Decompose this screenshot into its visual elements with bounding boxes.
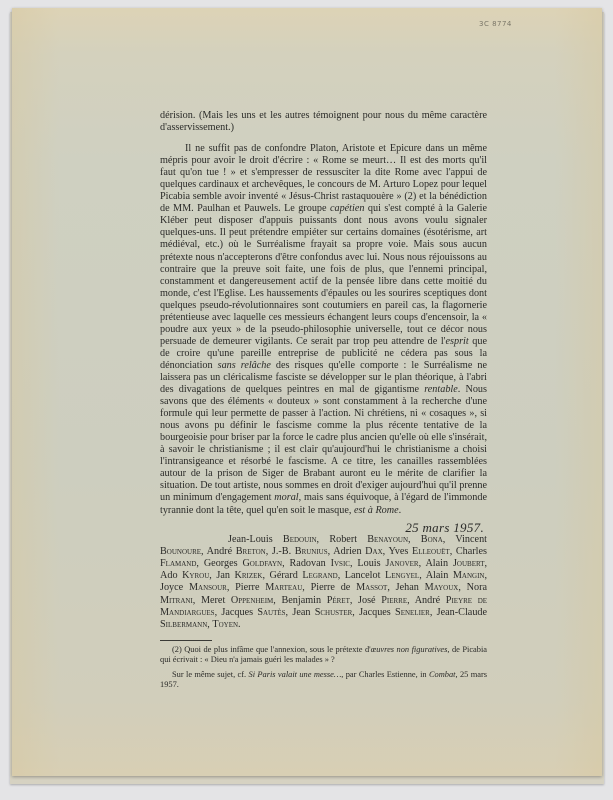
signatory-last-name: Schuster	[315, 607, 353, 618]
text-run: (2) Quoi de plus infâme que l'annexion, …	[172, 645, 371, 654]
signatory: Robert Benayoun	[329, 534, 408, 545]
signatory: Gérard Legrand	[270, 570, 338, 581]
signatory-last-name: Mayoux	[425, 582, 459, 593]
opening-paragraph: dérision. (Mais les uns et les autres té…	[160, 110, 487, 134]
italic-phrase: esprit	[446, 336, 469, 347]
main-paragraph: Il ne suffit pas de confondre Platon, Ar…	[160, 143, 487, 516]
signatory-last-name: Péret	[327, 595, 350, 606]
signatory-last-name: Lengyel	[385, 570, 419, 581]
signatory-last-name: Kyrou	[182, 570, 209, 581]
text-run: Sur le même sujet, cf.	[172, 670, 249, 679]
signatory-first-name: Jean-Louis	[228, 534, 283, 545]
signatory-first-name: Alain	[425, 558, 453, 569]
signatory-first-name: Vincent	[455, 534, 487, 545]
signatory: J.-B. Brunius	[272, 546, 328, 557]
signatory-first-name: Radovan	[290, 558, 331, 569]
signatory-first-name: Pierre de	[311, 582, 356, 593]
signatory-last-name: Massot	[356, 582, 387, 593]
text-run: , par Charles Estienne, in	[341, 670, 429, 679]
signatory-first-name: Ado	[160, 570, 182, 581]
signatory-last-name: Goldfayn	[242, 558, 282, 569]
italic-phrase: rentable	[424, 384, 458, 395]
signatory: Jean Schuster	[292, 607, 352, 618]
signatory: Jehan Mayoux	[396, 582, 459, 593]
text-run: . Nous savons que des éléments « douteux…	[160, 384, 487, 503]
signatory-last-name: Pierre	[381, 595, 407, 606]
signatory: Adrien Dax	[333, 546, 382, 557]
signatory-last-name: Bedouin	[283, 534, 317, 545]
signatory: Alain Joubert	[425, 558, 484, 569]
italic-phrase: moral	[274, 492, 298, 503]
signatory-first-name: Jacques	[359, 607, 395, 618]
italic-phrase: capétien	[330, 203, 365, 214]
signatory: Bona	[421, 534, 443, 545]
signatory-first-name: Joyce	[160, 582, 189, 593]
signatory-last-name: Mangin	[453, 570, 485, 581]
signatory-first-name: Jacques	[221, 607, 257, 618]
signatory: Radovan Ivsic	[290, 558, 350, 569]
signatory: Alain Mangin	[426, 570, 485, 581]
signature-date: 25 mars 1957.	[160, 522, 487, 534]
signatory-first-name: Jan	[216, 570, 234, 581]
signatory: Jacques Senelier	[359, 607, 430, 618]
signatories-list: Jean-Louis Bedouin, Robert Benayoun, Bon…	[160, 534, 487, 632]
signatory-first-name: Jean	[292, 607, 314, 618]
signatory: Jan Krizek	[216, 570, 262, 581]
signatory-first-name: Alain	[426, 570, 453, 581]
signatory-last-name: Mansour	[189, 582, 227, 593]
signatory-last-name: Oppenheim	[231, 595, 273, 606]
signatory-first-name: Pierre	[235, 582, 265, 593]
signatory-last-name: Ivsic	[331, 558, 350, 569]
signatory: Jacques Sautès	[221, 607, 285, 618]
signatory: Jean-Louis Bedouin	[228, 534, 317, 545]
archive-pencil-note: 3C 8774	[479, 20, 512, 28]
signatory-last-name: Senelier	[395, 607, 430, 618]
signatory: Yves Elleouët	[388, 546, 449, 557]
signatory-first-name: Meret	[201, 595, 231, 606]
signatory-last-name: Brunius	[295, 546, 328, 557]
text-run: qui s'est compté à la Galerie Kléber peu…	[160, 203, 487, 347]
signatory-last-name: Krizek	[234, 570, 262, 581]
signatory: André Breton	[207, 546, 266, 557]
signatory-last-name: Toyen	[212, 619, 238, 630]
signatory-last-name: Bona	[421, 534, 443, 545]
signatory-last-name: Janover	[385, 558, 418, 569]
signatory-last-name: Bounoure	[160, 546, 201, 557]
signatory-first-name: Lancelot	[345, 570, 385, 581]
footnote-divider	[160, 640, 212, 641]
signatory-first-name: Nora	[467, 582, 487, 593]
signatory-first-name: Gérard	[270, 570, 303, 581]
signatory: Lancelot Lengyel	[345, 570, 419, 581]
signatory: Louis Janover	[357, 558, 418, 569]
signatory: Joyce Mansour	[160, 582, 227, 593]
signatory-last-name: Mitrani	[160, 595, 193, 606]
italic-phrase: Si Paris valait une messe…	[249, 670, 342, 679]
signatory-first-name: Louis	[357, 558, 385, 569]
signatory-first-name: J.-B.	[272, 546, 295, 557]
signatory-first-name: Robert	[329, 534, 367, 545]
signatory-first-name: Jean-Claude	[437, 607, 487, 618]
signatory-first-name: José	[358, 595, 381, 606]
signatory-first-name: André	[415, 595, 446, 606]
signatory-last-name: Flamand	[160, 558, 196, 569]
signatory-last-name: Silbermann	[160, 619, 207, 630]
italic-phrase: Combat	[429, 670, 456, 679]
signatory-last-name: Marteau	[265, 582, 302, 593]
footnote: (2) Quoi de plus infâme que l'annexion, …	[160, 645, 487, 665]
signatory-last-name: Breton	[236, 546, 266, 557]
text-run: .	[399, 505, 402, 516]
signatory-first-name: Georges	[204, 558, 243, 569]
signatory: Georges Goldfayn	[204, 558, 282, 569]
signatory: Toyen	[212, 619, 238, 630]
signatory-last-name: Sautès	[257, 607, 285, 618]
signatory-first-name: Benjamin	[281, 595, 326, 606]
italic-phrase: sans relâche	[218, 360, 271, 371]
signatory-first-name: Charles	[456, 546, 487, 557]
footnote: Sur le même sujet, cf. Si Paris valait u…	[160, 670, 487, 690]
italic-phrase: est à Rome	[354, 505, 399, 516]
signatory-first-name: Adrien	[333, 546, 365, 557]
signatory-last-name: Benayoun	[367, 534, 408, 545]
signatory-last-name: Elleouët	[412, 546, 450, 557]
signatory: Ado Kyrou	[160, 570, 209, 581]
signatory: José Pierre	[358, 595, 407, 606]
footnotes: (2) Quoi de plus infâme que l'annexion, …	[160, 645, 487, 690]
signatory-last-name: Dax	[365, 546, 382, 557]
signatory: Pierre Marteau	[235, 582, 302, 593]
signatory-last-name: Legrand	[302, 570, 337, 581]
signatory-first-name: André	[207, 546, 236, 557]
italic-phrase: œuvres non figuratives	[371, 645, 448, 654]
signatory: Meret Oppenheim	[201, 595, 273, 606]
document-body: dérision. (Mais les uns et les autres té…	[160, 110, 487, 690]
signatory-first-name: Yves	[388, 546, 412, 557]
signatory: Pierre de Massot	[311, 582, 388, 593]
signatory-first-name: Jehan	[396, 582, 425, 593]
signatory: Benjamin Péret	[281, 595, 349, 606]
signatory-last-name: Joubert	[453, 558, 485, 569]
